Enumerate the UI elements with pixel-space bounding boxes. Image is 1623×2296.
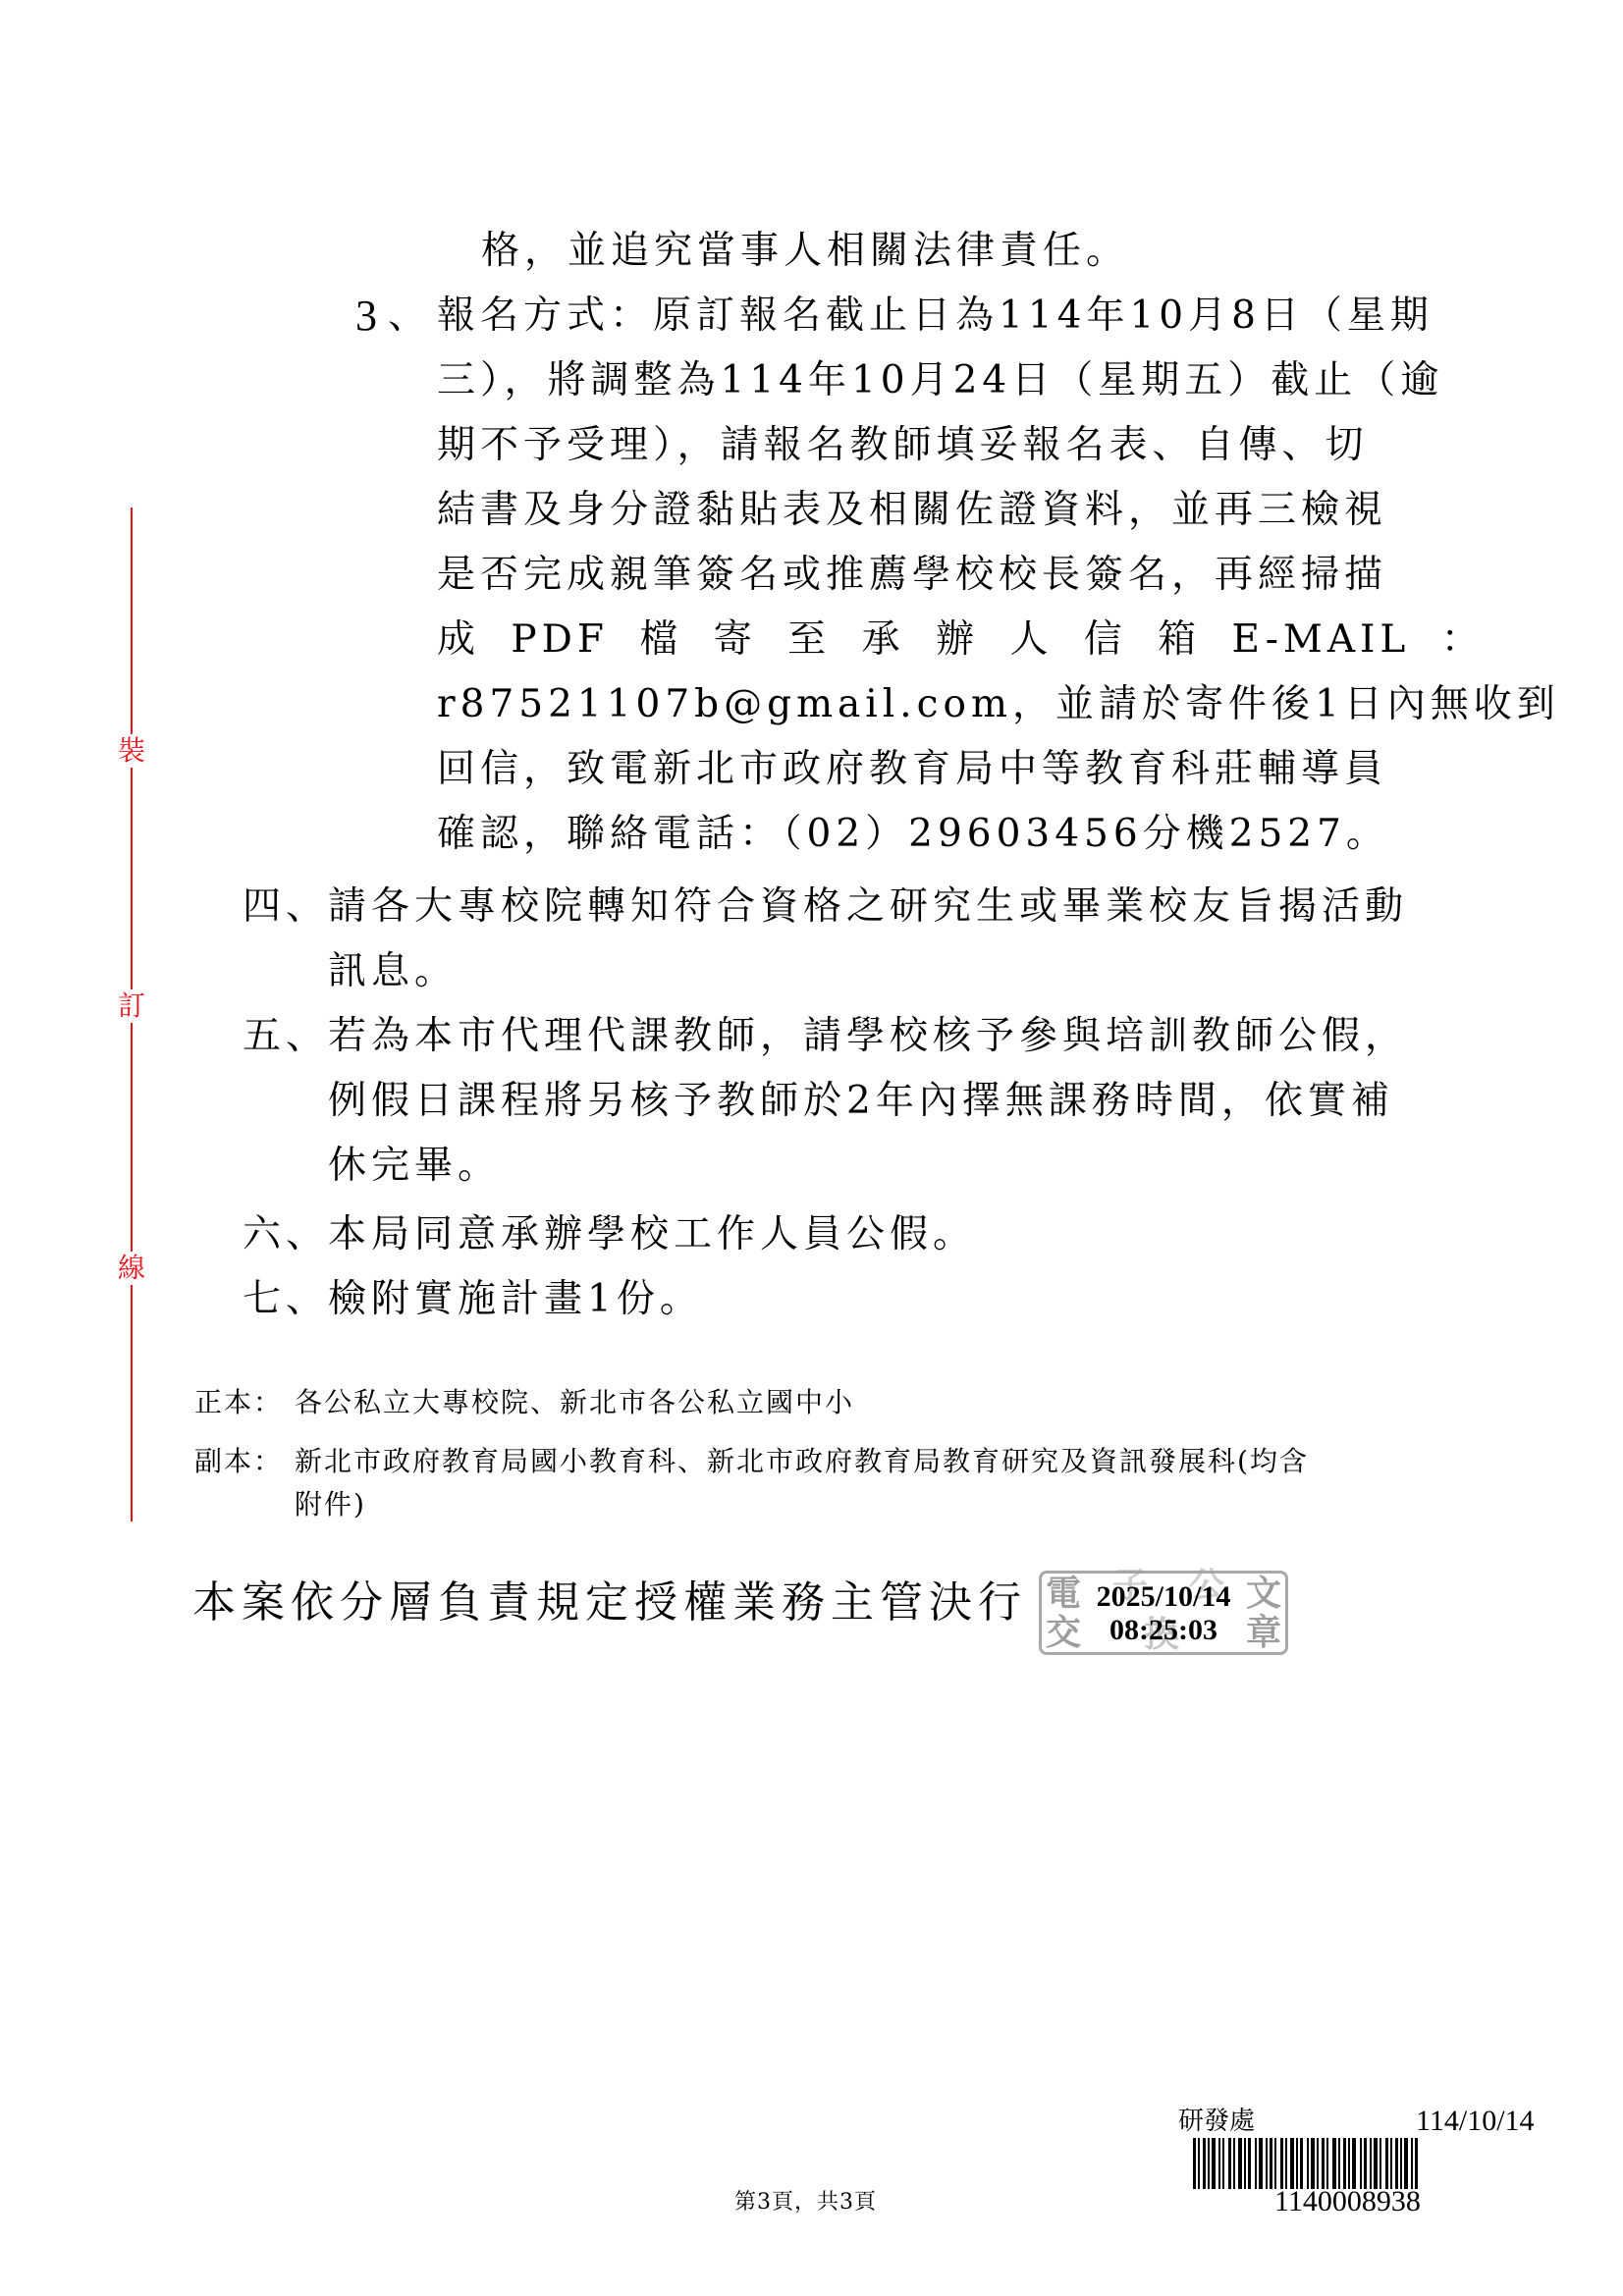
document-barcode xyxy=(1193,2138,1512,2189)
item-3-line-8: 回信，致電新北市政府教育局中等教育科莊輔導員 xyxy=(437,748,1387,791)
binding-char-ding: 訂 xyxy=(115,989,148,1023)
item-4-line-1: 請各大專校院轉知符合資格之研究生或畢業校友旨揭活動 xyxy=(328,885,1408,929)
copy-recipients-line-2: 附件) xyxy=(295,1488,366,1522)
barcode-number: 1140008938 xyxy=(1274,2187,1421,2216)
binding-char-zhuang: 裝 xyxy=(115,734,148,768)
copy-recipients-label: 副本： xyxy=(194,1445,283,1478)
item-6-marker: 六、 xyxy=(243,1213,329,1256)
item-3-line-4: 結書及身分證黏貼表及相關佐證資料，並再三檢視 xyxy=(437,489,1387,532)
item-4-marker: 四、 xyxy=(243,885,329,929)
copy-recipients-line-1: 新北市政府教育局國小教育科、新北市政府教育局教育研究及資訊發展科(均含 xyxy=(295,1445,1309,1478)
item-3-line-3: 期不予受理），請報名教師填妥報名表、自傳、切 xyxy=(437,424,1369,467)
continuation-line: 格，並追究當事人相關法律責任。 xyxy=(481,230,1129,273)
original-recipients: 各公私立大專校院、新北市各公私立國中小 xyxy=(295,1386,854,1419)
receive-date: 114/10/14 xyxy=(1416,2107,1535,2136)
item-7-marker: 七、 xyxy=(243,1278,329,1321)
item-5-line-1: 若為本市代理代課教師，請學校核予參與培訓教師公假， xyxy=(328,1015,1408,1058)
item-3-line-2: 三），將調整為114年10月24日（星期五）截止（逾 xyxy=(437,359,1443,402)
electronic-exchange-stamp: 電 子 公 文 交 換 章 2025/10/14 08:25:03 xyxy=(1039,1571,1288,1655)
stamp-time: 08:25:03 xyxy=(1042,1615,1285,1646)
original-recipients-label: 正本： xyxy=(194,1386,283,1419)
department-label: 研發處 xyxy=(1178,2107,1255,2136)
item-3-line-7-email[interactable]: r87521107b@gmail.com，並請於寄件後1日內無收到 xyxy=(437,683,1560,726)
stamp-date: 2025/10/14 xyxy=(1042,1581,1285,1613)
item-3-line-9: 確認，聯絡電話：（02）29603456分機2527。 xyxy=(437,813,1389,856)
page-indicator: 第3頁，共3頁 xyxy=(734,2185,877,2216)
item-4-line-2: 訊息。 xyxy=(328,950,458,993)
item-3-separator: 、 xyxy=(388,294,431,338)
decision-statement: 本案依分層負責規定授權業務主管決行 xyxy=(192,1578,1027,1628)
item-7-text: 檢附實施計畫1份。 xyxy=(328,1278,703,1321)
item-6-text: 本局同意承辦學校工作人員公假。 xyxy=(328,1213,976,1256)
item-3-line-1: 報名方式：原訂報名截止日為114年10月8日（星期 xyxy=(437,294,1436,338)
binding-char-xian: 線 xyxy=(115,1252,148,1285)
item-5-line-3: 休完畢。 xyxy=(328,1145,501,1188)
item-5-marker: 五、 xyxy=(243,1015,329,1058)
item-5-line-2: 例假日課程將另核予教師於2年內擇無課務時間，依實補 xyxy=(328,1080,1394,1123)
item-3-marker: 3 xyxy=(355,294,382,338)
item-3-line-6: 成 PDF 檔 寄 至 承 辦 人 信 箱 E-MAIL ： xyxy=(437,618,1485,662)
item-3-line-5: 是否完成親筆簽名或推薦學校校長簽名，再經掃描 xyxy=(437,554,1387,597)
